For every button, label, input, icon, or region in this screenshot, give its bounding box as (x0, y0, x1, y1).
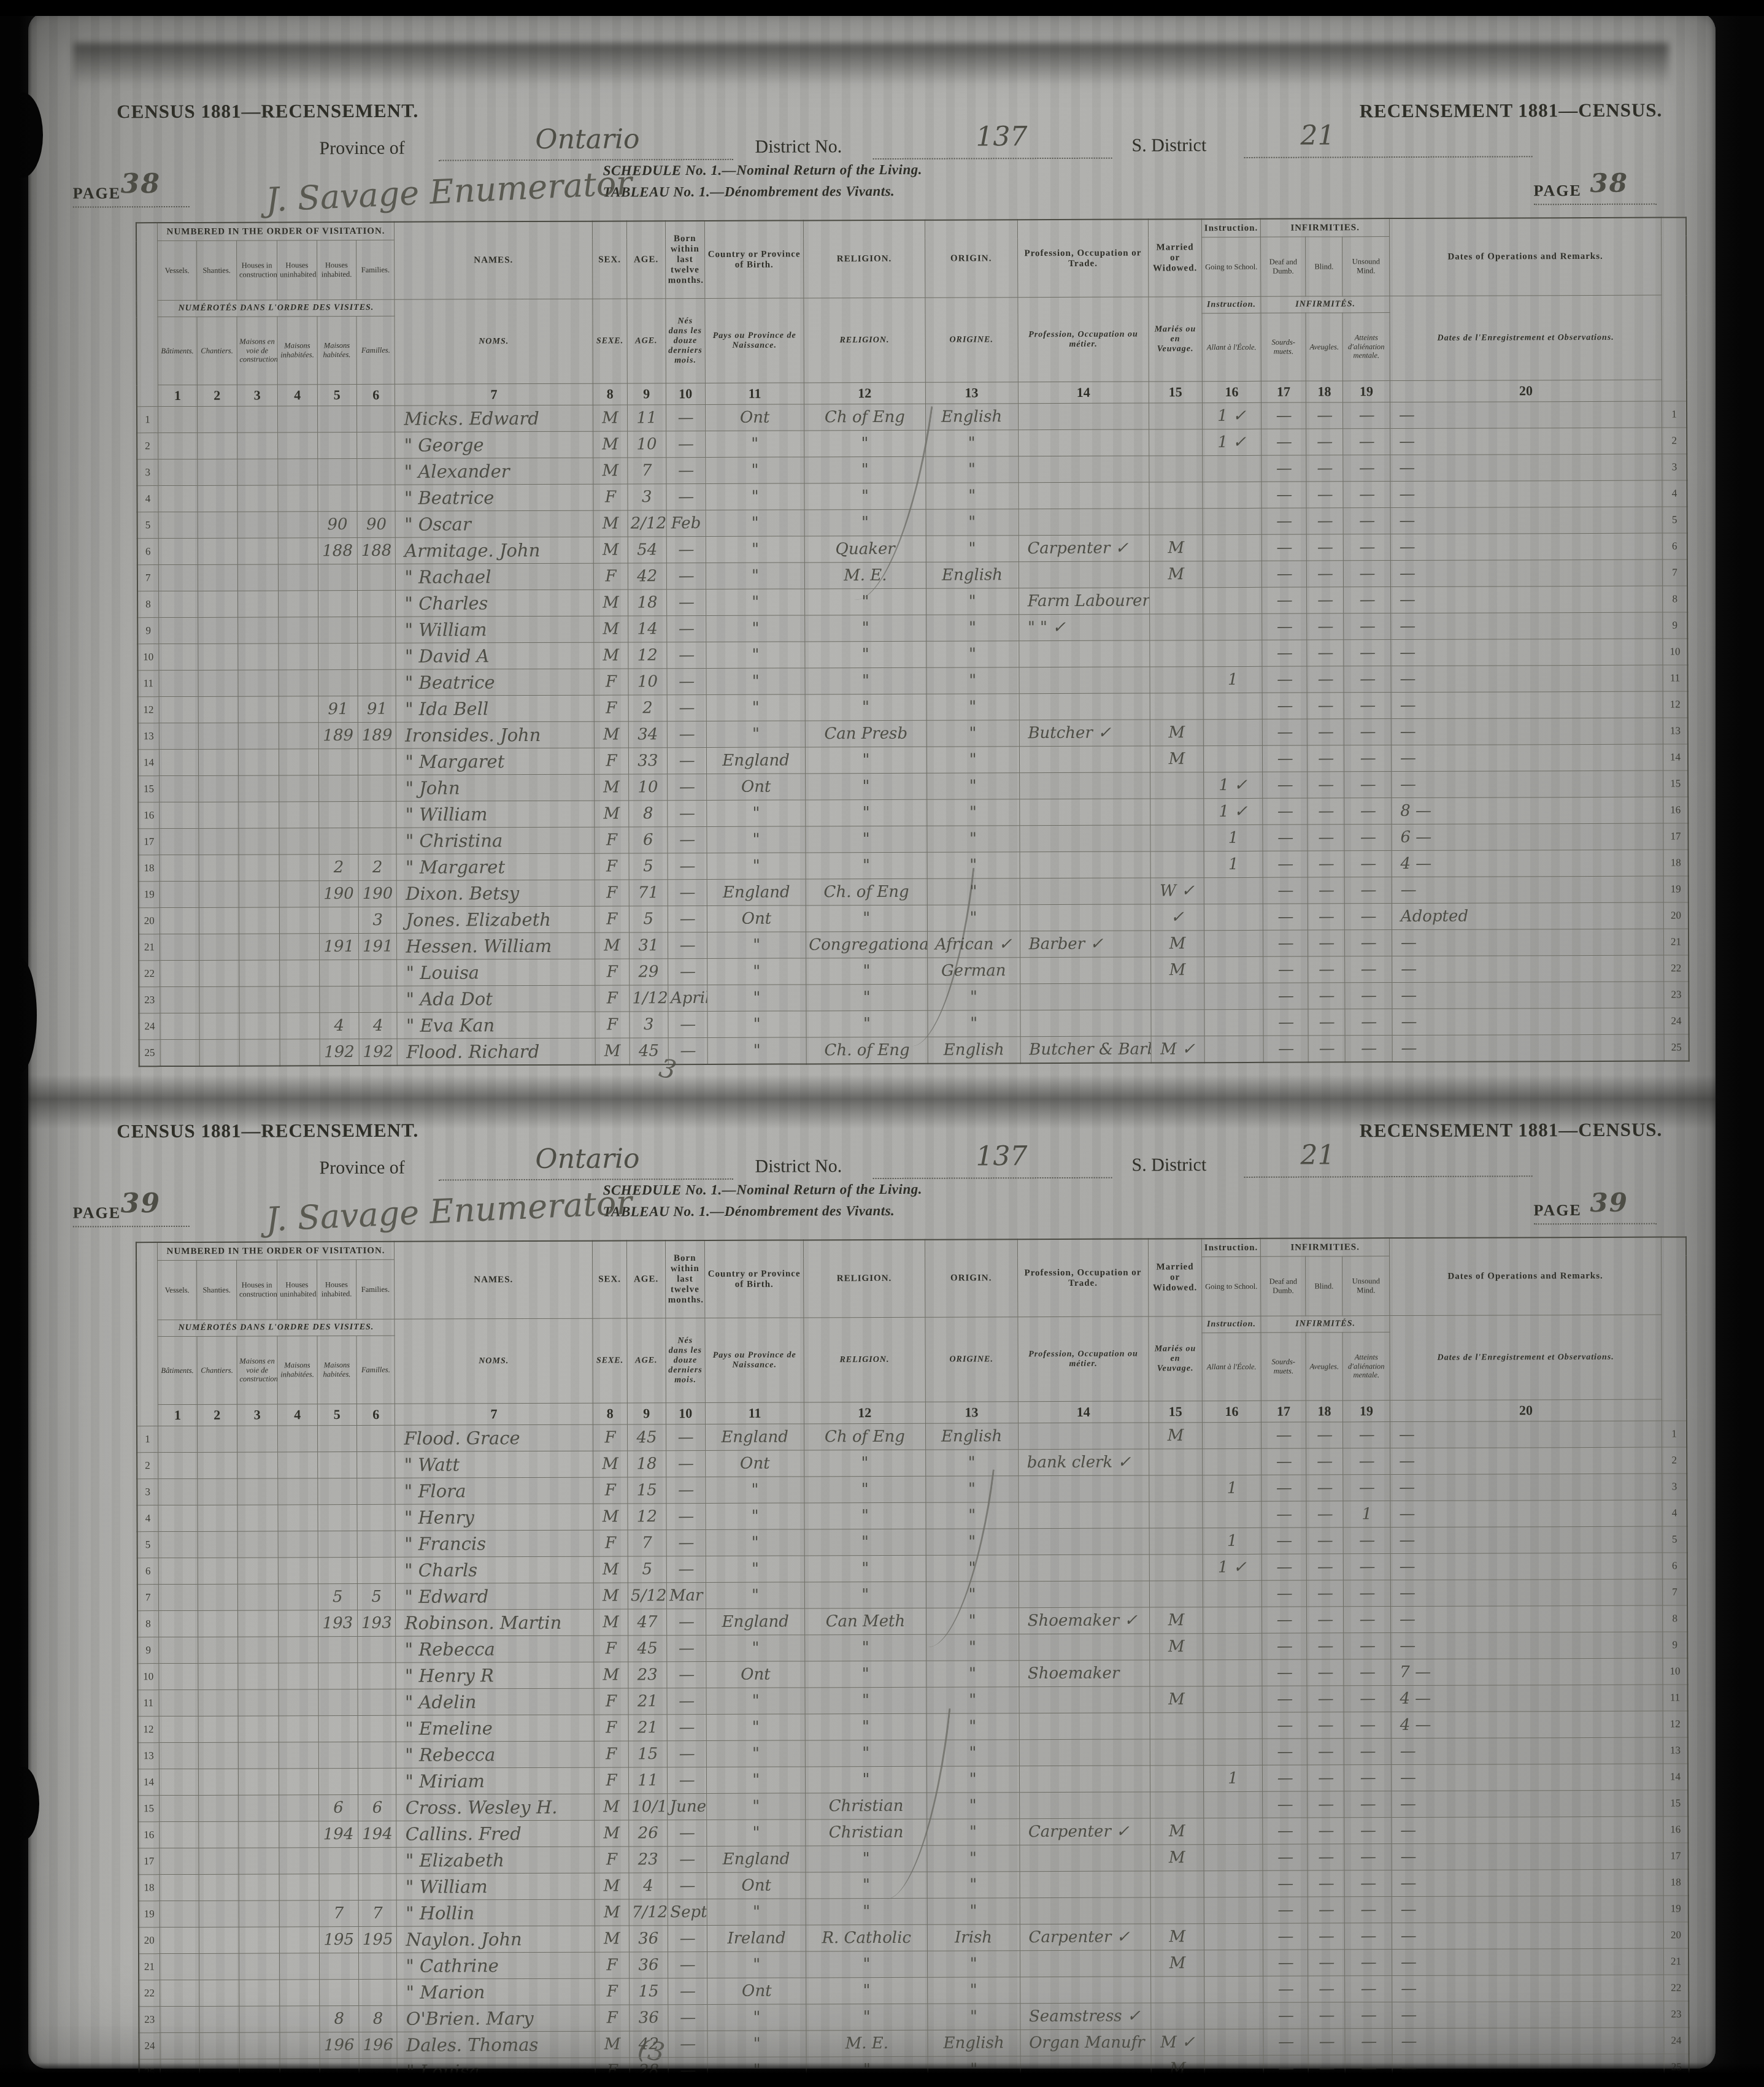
col-married-fr: Mariés ou en Veuvage. (1149, 1316, 1202, 1401)
page-number-value: 39 (1590, 1188, 1628, 1218)
visitation-group-fr: NUMÉROTÉS DANS L'ORDRE DES VISITES. (158, 1319, 395, 1336)
cell-origin: " (926, 1687, 1019, 1714)
cell-blind: — (1306, 1448, 1344, 1475)
col-born-en: Born within last twelve months. (665, 1240, 705, 1318)
cell-religion: " (804, 1529, 926, 1556)
cell-families (358, 801, 397, 828)
cell-born-month: — (667, 774, 707, 800)
cell-birthplace: England (705, 1424, 804, 1451)
cell-houses-uninh (278, 459, 318, 485)
cell-houses-uninh (279, 1848, 319, 1874)
col-remarks-en: Dates of Operations and Remarks. (1389, 1237, 1662, 1316)
cell-name: " Flora (395, 1477, 593, 1504)
row-number-left: 18 (139, 1875, 160, 1901)
cell-married: M (1150, 561, 1203, 588)
cell-houses-constr (239, 1927, 280, 1953)
cell-name: " Henry (395, 1504, 593, 1531)
scan-edge-shadow (0, 0, 32, 2087)
title-census-fr: RECENSEMENT 1881—CENSUS. (1360, 99, 1663, 123)
sub-district-blank (1244, 1175, 1533, 1178)
cell-occupation (1020, 1871, 1151, 1898)
cell-houses-inh (317, 405, 357, 432)
cell-origin: English (927, 2030, 1020, 2057)
cell-deaf: — (1263, 1818, 1308, 1844)
cell-deaf: — (1262, 1686, 1307, 1712)
cell-deaf: — (1262, 587, 1307, 613)
row-number-left: 24 (139, 1013, 160, 1040)
cell-shanties (199, 1874, 239, 1901)
cell-families (359, 1953, 398, 1979)
cell-name: " Francis (396, 1530, 593, 1557)
cell-married (1150, 667, 1203, 693)
cell-married (1149, 403, 1203, 429)
col-religion-en: RELIGION. (804, 1240, 925, 1318)
cell-houses-constr (239, 2032, 280, 2059)
cell-religion: Ch. of Eng (806, 878, 927, 905)
cell-religion: " (805, 1634, 926, 1661)
schedule-title-fr: TABLEAU No. 1.—Dénombrement des Vivants. (603, 1203, 922, 1220)
instruction-group-en: Instruction. (1201, 219, 1261, 237)
cell-occupation (1018, 429, 1149, 456)
col-unsound-en: Unsound Mind. (1342, 237, 1390, 296)
cell-name: " David A (396, 642, 593, 669)
col-school-fr: Allant à l'École. (1202, 1332, 1261, 1401)
cell-blind: — (1307, 1686, 1344, 1712)
cell-school (1203, 561, 1262, 587)
cell-houses-uninh (279, 1874, 319, 1901)
cell-deaf: — (1263, 1923, 1308, 1950)
cell-houses-inh (318, 1847, 358, 1874)
cell-families (357, 564, 396, 590)
row-number-right: 21 (1664, 929, 1689, 955)
cell-occupation (1019, 1845, 1150, 1872)
cell-sex: F (593, 1477, 628, 1504)
cell-blind: — (1307, 1765, 1344, 1791)
cell-deaf: — (1263, 1897, 1308, 1923)
cell-school: 1 (1203, 666, 1263, 693)
cell-families: 192 (359, 1039, 398, 1066)
cell-shanties (198, 406, 237, 432)
cell-school (1203, 1501, 1262, 1528)
cell-sex: M (594, 801, 629, 827)
infirmities-group-fr: INFIRMITÉS. (1261, 296, 1390, 313)
cell-origin: " (927, 1951, 1020, 1978)
cell-deaf: — (1262, 666, 1307, 693)
cell-houses-inh: 91 (318, 696, 358, 722)
cell-families (358, 1847, 397, 1874)
cell-houses-uninh (279, 644, 318, 670)
cell-unsound: — (1344, 640, 1391, 666)
cell-birthplace: England (706, 747, 805, 774)
cell-born-month: — (666, 590, 706, 616)
row-number-left: 14 (138, 750, 159, 776)
cell-vessels (158, 617, 198, 644)
cell-born-month: — (667, 721, 707, 748)
cell-occupation (1020, 1950, 1151, 1977)
col-born-en: Born within last twelve months. (665, 221, 705, 299)
cell-born-month: — (668, 879, 707, 905)
row-number-right: 4 (1662, 480, 1687, 507)
row-number-left: 13 (138, 723, 159, 750)
cell-religion: " (804, 483, 926, 510)
cell-school (1204, 1844, 1263, 1870)
census-form-page-38: CENSUS 1881—RECENSEMENT. RECENSEMENT 188… (63, 95, 1701, 1070)
cell-families: 4 (359, 1012, 398, 1039)
province-label: Province of (319, 138, 404, 159)
col-shanties-fr: Chantiers. (197, 317, 237, 385)
cell-vessels (160, 1013, 200, 1039)
cell-born-month: Mar (666, 1583, 706, 1609)
cell-married (1151, 1010, 1204, 1036)
cell-remarks: — (1390, 1579, 1662, 1607)
cell-born-month: — (666, 1451, 706, 1477)
header-fields: Province of Ontario District No. 137 S. … (63, 1147, 1698, 1186)
cell-born-month: — (668, 2004, 707, 2031)
cell-families (357, 432, 396, 458)
col-married-en: Married or Widowed. (1149, 1239, 1202, 1316)
cell-age: 45 (628, 1424, 666, 1451)
cell-age: 5 (628, 1556, 666, 1583)
cell-married (1149, 1475, 1203, 1502)
province-blank (439, 1178, 733, 1181)
cell-school (1203, 1739, 1263, 1765)
row-number-left: 22 (139, 961, 160, 987)
cell-origin: English (925, 1423, 1018, 1450)
cell-name: " John (396, 774, 594, 801)
cell-school (1203, 613, 1262, 640)
cell-age: 34 (628, 721, 667, 748)
row-number-left: 12 (138, 1716, 159, 1743)
cell-houses-inh (318, 643, 358, 669)
cell-age: 45 (630, 1038, 668, 1065)
cell-families (358, 1768, 396, 1794)
cell-age: 3 (630, 1012, 668, 1038)
cell-houses-constr (238, 802, 279, 828)
cell-married (1151, 1977, 1204, 2003)
cell-houses-inh: 189 (318, 722, 358, 748)
cell-vessels (160, 1848, 199, 1874)
cell-married: M (1150, 1607, 1203, 1634)
left-gutter (136, 223, 158, 407)
cell-vessels (159, 723, 199, 749)
cell-origin: " (926, 826, 1019, 853)
cell-sex: F (593, 563, 628, 590)
cell-remarks: — (1392, 2027, 1664, 2055)
table-header: NUMBERED IN THE ORDER OF VISITATION. NAM… (136, 217, 1687, 406)
cell-houses-inh (318, 1715, 358, 1742)
cell-deaf: — (1263, 772, 1308, 798)
cell-sex: M (593, 1451, 628, 1477)
cell-houses-constr (237, 459, 278, 485)
cell-vessels (160, 855, 199, 881)
cell-name: " Henry R (396, 1662, 593, 1689)
cell-houses-constr (238, 1716, 279, 1742)
cell-deaf: — (1263, 2029, 1308, 2055)
cell-families (359, 959, 398, 986)
cell-religion: " (806, 2004, 928, 2031)
cell-religion: " (806, 747, 927, 774)
row-number-left: 1 (137, 407, 158, 433)
cell-houses-uninh (280, 1980, 320, 2006)
cell-age: 10 (628, 431, 666, 458)
cell-remarks: — (1390, 1526, 1662, 1554)
header-fields: Province of Ontario District No. 137 S. … (63, 127, 1698, 167)
col-sex-fr: SEXE. (593, 1318, 628, 1403)
cell-occupation (1019, 561, 1150, 588)
instruction-group-fr: Instruction. (1202, 296, 1261, 313)
district-label: District No. (755, 1156, 842, 1177)
cell-school (1203, 1659, 1263, 1686)
cell-vessels (158, 1426, 198, 1452)
cell-married: W ✓ (1150, 878, 1204, 904)
cell-name: " Adelin (396, 1688, 593, 1715)
row-number-right: 14 (1663, 1764, 1688, 1790)
instruction-group-en: Instruction. (1201, 1239, 1261, 1257)
cell-school: 1 (1203, 1528, 1262, 1554)
row-number-left: 10 (137, 644, 158, 671)
cell-remarks: — (1391, 691, 1663, 719)
cell-vessels (159, 802, 199, 828)
cell-shanties (198, 1742, 238, 1769)
page-label: PAGE (73, 1204, 121, 1221)
cell-houses-inh (318, 617, 358, 643)
cell-vessels (158, 1558, 198, 1584)
cell-remarks: — (1392, 1034, 1664, 1062)
cell-houses-inh: 193 (318, 1610, 358, 1636)
cell-blind: — (1308, 1036, 1346, 1063)
row-number-right: 23 (1664, 2001, 1689, 2027)
cell-school: 1 (1204, 851, 1263, 877)
cell-houses-inh (318, 1636, 358, 1662)
cell-married (1150, 1660, 1203, 1686)
district-label: District No. (755, 136, 842, 157)
cell-blind: — (1308, 2029, 1346, 2055)
sub-district-label: S. District (1131, 135, 1206, 156)
row-number-right: 2 (1662, 428, 1687, 454)
cell-houses-uninh (278, 1478, 318, 1505)
cell-shanties (199, 1980, 239, 2006)
cell-name: Callins. Fred (396, 1820, 594, 1847)
cell-houses-uninh (279, 723, 318, 749)
cell-age: 5 (629, 906, 668, 932)
cell-houses-inh: 90 (318, 511, 358, 537)
cell-families (357, 1478, 396, 1504)
cell-sex: F (595, 1012, 630, 1038)
cell-name: Naylon. John (397, 1926, 595, 1953)
cell-shanties (198, 512, 237, 538)
cell-deaf: — (1263, 1009, 1308, 1036)
cell-blind: — (1308, 983, 1346, 1009)
row-number-right: 6 (1662, 1553, 1687, 1579)
cell-school (1203, 640, 1263, 666)
cell-houses-constr (238, 670, 279, 696)
cell-houses-uninh (279, 907, 319, 934)
col-married-en: Married or Widowed. (1149, 219, 1202, 297)
cell-families (357, 1557, 396, 1583)
cell-houses-uninh (279, 1901, 319, 1927)
cell-origin: " (927, 1977, 1020, 2004)
cell-birthplace: Ireland (707, 1925, 806, 1952)
cell-blind: — (1306, 1607, 1344, 1633)
cell-sex: M (593, 405, 628, 431)
cell-houses-inh (318, 828, 358, 854)
cell-occupation (1020, 904, 1151, 931)
cell-birthplace: " (707, 2004, 806, 2031)
cell-houses-constr (237, 1531, 279, 1558)
left-gutter (136, 1242, 158, 1426)
cell-houses-uninh (279, 696, 318, 723)
cell-school (1202, 1422, 1261, 1448)
col-blind-en: Blind. (1305, 237, 1342, 296)
cell-sex: F (593, 484, 628, 510)
cell-school: 1 (1204, 824, 1263, 851)
cell-houses-inh (319, 907, 359, 933)
cell-religion: " (805, 1661, 926, 1688)
cell-remarks: — (1391, 665, 1663, 693)
cell-deaf: — (1263, 851, 1308, 877)
cell-houses-uninh (279, 828, 319, 855)
row-number-right: 15 (1663, 771, 1689, 797)
col-profession-fr: Profession, Occupation ou métier. (1017, 1316, 1149, 1402)
cell-remarks: 4 — (1392, 850, 1663, 877)
col-profession-fr: Profession, Occupation ou métier. (1017, 297, 1149, 382)
cell-age: 14 (628, 616, 667, 642)
page-blank (1534, 1223, 1657, 1225)
infirmities-group-fr: INFIRMITÉS. (1261, 1316, 1390, 1333)
cell-origin: " (926, 536, 1019, 563)
cell-houses-uninh (278, 1531, 318, 1558)
infirmities-group-en: INFIRMITIES. (1261, 1238, 1390, 1256)
cell-shanties (199, 1039, 239, 1066)
cell-houses-constr (239, 934, 280, 960)
cell-occupation (1019, 1581, 1150, 1608)
cell-name: Dales. Thomas (397, 2031, 595, 2058)
cell-houses-uninh (280, 2006, 320, 2032)
row-number-right: 5 (1662, 1526, 1687, 1553)
row-number-left: 11 (137, 1690, 158, 1716)
cell-sex: M (595, 1038, 630, 1065)
title-census-fr: RECENSEMENT 1881—CENSUS. (1360, 1119, 1663, 1142)
cell-married: M (1149, 1423, 1203, 1449)
cell-occupation (1020, 1010, 1152, 1037)
cell-birthplace: " (707, 985, 806, 1012)
col-sex-en: SEX. (592, 221, 627, 299)
cell-houses-uninh (279, 591, 318, 617)
row-number-right: 24 (1664, 1008, 1689, 1034)
cell-religion: Can Presb (805, 720, 926, 747)
col-born-fr: Nés dans les douze derniers mois. (665, 299, 705, 383)
row-number-right: 22 (1664, 955, 1689, 982)
cell-origin: " (926, 1713, 1019, 1740)
cell-houses-uninh (278, 406, 318, 432)
cell-origin: " (926, 1634, 1019, 1661)
cell-birthplace: " (706, 510, 804, 537)
cell-origin: " (926, 1793, 1019, 1820)
cell-houses-uninh (279, 775, 319, 802)
cell-blind: — (1308, 877, 1345, 904)
cell-birthplace: " (707, 2057, 806, 2084)
cell-origin: " (926, 773, 1019, 800)
cell-occupation (1019, 482, 1150, 509)
cell-shanties (199, 1821, 239, 1848)
cell-religion: " (806, 826, 927, 853)
cell-occupation: " " ✓ (1019, 614, 1150, 641)
cell-shanties (199, 1848, 239, 1874)
row-number-left: 12 (138, 697, 159, 723)
cell-religion: " (806, 1845, 927, 1872)
cell-age: 12 (628, 1504, 666, 1530)
cell-unsound: — (1344, 719, 1392, 745)
cell-houses-constr (238, 775, 279, 802)
cell-unsound: — (1345, 1036, 1392, 1063)
cell-birthplace: " (706, 615, 805, 642)
cell-houses-uninh (280, 1953, 320, 1980)
cell-deaf: — (1262, 561, 1307, 587)
row-number-left: 5 (137, 512, 158, 539)
cell-blind: — (1308, 1009, 1346, 1036)
cell-vessels (158, 591, 198, 617)
page-number-right: PAGE 38 (1533, 182, 1581, 200)
col-religion-fr: RELIGION. (804, 298, 925, 383)
cell-origin: " (926, 1819, 1019, 1846)
cell-origin: " (927, 1898, 1020, 1925)
row-number-left: 8 (137, 1611, 158, 1637)
cell-vessels (159, 1769, 199, 1795)
cell-religion: " (806, 1010, 928, 1037)
row-number-left: 8 (137, 591, 158, 618)
cell-occupation: Seamstress ✓ (1020, 2003, 1151, 2030)
cell-birthplace: Ont (705, 404, 804, 431)
cell-families: 190 (358, 880, 397, 907)
cell-name: Dixon. Betsy (397, 880, 595, 907)
cell-school: 1 (1203, 1475, 1262, 1501)
cell-remarks: — (1390, 480, 1662, 508)
row-number-left: 21 (139, 1954, 160, 1980)
cell-sex: M (595, 1926, 630, 1952)
row-number-right: 2 (1662, 1447, 1687, 1474)
cell-houses-constr (239, 986, 280, 1013)
cell-birthplace: " (706, 1582, 804, 1609)
cell-religion: " (805, 1582, 926, 1608)
cell-sex: F (595, 2058, 630, 2085)
cell-married (1149, 1502, 1203, 1528)
cell-origin: " (926, 641, 1019, 668)
cell-unsound: — (1344, 1633, 1391, 1659)
cell-blind: — (1308, 772, 1345, 798)
cell-school (1203, 482, 1262, 508)
cell-vessels (160, 2006, 200, 2032)
schedule-title-en: SCHEDULE No. 1.—Nominal Return of the Li… (603, 1182, 922, 1199)
cell-shanties (198, 485, 237, 512)
cell-families (357, 405, 396, 432)
cell-shanties (198, 538, 237, 564)
cell-married: M (1151, 1950, 1204, 1977)
cell-families (359, 2058, 398, 2085)
cell-vessels (160, 2059, 200, 2086)
census-table: NUMBERED IN THE ORDER OF VISITATION. NAM… (136, 217, 1690, 1067)
cell-vessels (160, 2032, 200, 2059)
cell-religion: " (805, 667, 926, 694)
cell-families (358, 828, 397, 854)
col-houses-constr-fr: Maisons en voie de construction. (237, 317, 278, 385)
cell-name: " Emeline (396, 1715, 594, 1742)
cell-families: 8 (359, 2005, 398, 2032)
cell-born-month: — (666, 616, 706, 642)
col-houses-uninh-en: Houses uninhabited. (277, 240, 317, 300)
cell-remarks: — (1392, 1790, 1663, 1818)
cell-school (1203, 1633, 1262, 1659)
row-number-right: 23 (1664, 982, 1689, 1008)
